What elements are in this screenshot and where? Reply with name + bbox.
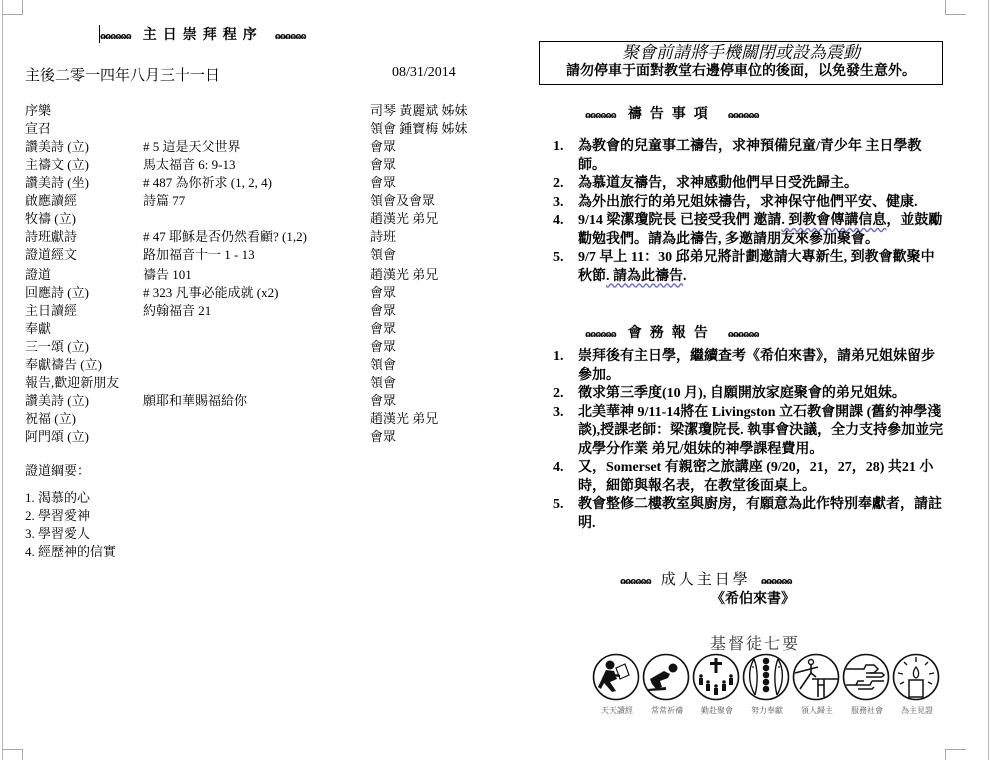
item-text: 又，Somerset 有親密之旅講座 (9/20，21，27，28) 共21 小… <box>578 460 933 494</box>
spellcheck-flagged-text: . 請為此禱告 <box>606 269 683 284</box>
affairs-list: 1.崇拜後有主日學，繼續查考《希伯來書》，請弟兄姐妹留步參加。 2.徵求第三季度… <box>553 348 948 533</box>
evangelism-icon <box>792 653 840 701</box>
affairs-item: 2.徵求第三季度(10 月), 自願開放家庭聚會的弟兄姐妹。 <box>553 385 948 404</box>
item-text: 徵求第三季度(10 月), 自願開放家庭聚會的弟兄姐妹。 <box>578 386 906 401</box>
item-number: 5. <box>553 249 564 268</box>
ornament-right: ɷɷɷɷɷɷ <box>728 330 759 340</box>
program-row: 阿門頌 (立)會眾 <box>25 426 495 444</box>
prayer-title: 禱告事項 <box>628 106 716 122</box>
bible-reading-icon <box>592 653 640 701</box>
program-row: 讚美詩 (立)願耶和華賜福給你會眾 <box>25 390 495 408</box>
phone-notice: 聚會前請將手機關閉或設為震動 <box>540 43 942 63</box>
item-number: 2. <box>553 385 564 404</box>
prayer-item: 1.為教會的兒童事工禱告，求神預備兒童/青少年 主日學教師。 <box>553 138 948 175</box>
program-row: 報告,歡迎新朋友領會 <box>25 372 495 390</box>
ornament-right: ɷɷɷɷɷɷ <box>761 577 792 587</box>
program-item: 祝福 (立) <box>25 408 76 427</box>
program-item: 證道經文 <box>25 244 77 263</box>
item-text: 崇拜後有主日學，繼續查考《希伯來書》，請弟兄姐妹留步參加。 <box>578 349 935 383</box>
program-item: 讚美詩 (立) <box>25 136 89 155</box>
program-leader: 領會 <box>370 354 396 373</box>
program-row: 讚美詩 (坐)# 487 為你祈求 (1, 2, 4)會眾 <box>25 172 495 190</box>
date-numeric: 08/31/2014 <box>392 65 456 81</box>
program-leader: 司琴 黃麗斌 姊妹 <box>370 100 468 119</box>
page-edge-left <box>2 0 3 760</box>
program-item: 回應詩 (立) <box>25 282 89 301</box>
item-text: 教會整修二樓教室與廚房，有願意為此作特別奉獻者，請註明. <box>578 497 942 531</box>
program-leader: 領會 鍾寶梅 姊妹 <box>370 118 468 137</box>
item-number: 4. <box>553 459 564 478</box>
item-number: 1. <box>553 348 564 367</box>
program-row: 序樂司琴 黃麗斌 姊妹 <box>25 100 495 118</box>
prayer-heading: ɷɷɷɷɷɷ禱告事項ɷɷɷɷɷɷ <box>585 103 759 123</box>
program-item: 牧禱 (立) <box>25 208 76 227</box>
worship-program-heading: ɷɷɷɷɷɷ主日崇拜程序ɷɷɷɷɷɷ <box>100 24 306 44</box>
program-leader: 趙漢光 弟兄 <box>370 208 438 227</box>
program-leader: 領會 <box>370 244 396 263</box>
affairs-heading: ɷɷɷɷɷɷ會務報告ɷɷɷɷɷɷ <box>585 322 759 342</box>
ornament-left: ɷɷɷɷɷɷ <box>100 32 131 42</box>
candle-witness-icon <box>892 653 940 701</box>
program-content: 願耶和華賜福給你 <box>143 390 247 409</box>
item-text: 為外出旅行的弟兄姐妹禱告，求神保守他們平安、健康. <box>578 195 918 210</box>
program-row: 證道禱告 101趙漢光 弟兄 <box>25 264 495 282</box>
ornament-right: ɷɷɷɷɷɷ <box>275 32 306 42</box>
program-leader: 趙漢光 弟兄 <box>370 408 438 427</box>
program-item: 讚美詩 (立) <box>25 390 89 409</box>
program-content: 禱告 101 <box>143 264 192 283</box>
program-leader: 會眾 <box>370 390 396 409</box>
program-row: 主日讀經約翰福音 21會眾 <box>25 300 495 318</box>
essential-label: 服務社會 <box>842 705 892 716</box>
item-number: 5. <box>553 496 564 515</box>
crop-mark-bottom-left <box>2 749 23 760</box>
page-edge-right <box>988 0 989 760</box>
affairs-title: 會務報告 <box>628 325 716 341</box>
program-content: 約翰福音 21 <box>143 300 211 319</box>
item-number: 3. <box>553 404 564 423</box>
program-leader: 會眾 <box>370 172 396 191</box>
sermon-outline-point: 1. 渴慕的心 <box>25 487 90 506</box>
program-item: 讚美詩 (坐) <box>25 172 89 191</box>
item-text: . <box>683 269 687 284</box>
serving-hands-icon <box>842 653 890 701</box>
essential-label: 為主見證 <box>892 705 942 716</box>
prayer-item: 3.為外出旅行的弟兄姐妹禱告，求神保守他們平安、健康. <box>553 194 948 213</box>
program-item: 宣召 <box>25 118 51 137</box>
adult-sunday-school-heading: ɷɷɷɷɷɷ成人主日學ɷɷɷɷɷɷ <box>620 568 792 589</box>
program-row: 牧禱 (立)趙漢光 弟兄 <box>25 208 495 226</box>
program-content: 詩篇 77 <box>143 190 185 209</box>
program-item: 報告,歡迎新朋友 <box>25 372 119 391</box>
program-content: 路加福音十一 1 - 13 <box>143 244 255 263</box>
seven-essentials-title: 基督徒七要 <box>710 631 800 654</box>
parking-notice: 請勿停車于面對教堂右邊停車位的後面，以免發生意外。 <box>540 63 942 81</box>
program-item: 奉獻 <box>25 318 51 337</box>
fish-loaves-offering-icon <box>742 653 790 701</box>
sermon-outline-point: 2. 學習愛神 <box>25 505 90 524</box>
worship-program-title: 主日崇拜程序 <box>143 27 263 43</box>
program-row: 詩班獻詩# 47 耶穌是否仍然看顧? (1,2)詩班 <box>25 226 495 244</box>
program-content: # 323 凡事必能成就 (x2) <box>143 282 278 301</box>
ornament-left: ɷɷɷɷɷɷ <box>585 111 616 121</box>
affairs-item: 5.教會整修二樓教室與廚房，有願意為此作特別奉獻者，請註明. <box>553 496 948 533</box>
program-row: 三一頌 (立)會眾 <box>25 336 495 354</box>
item-text: 9/14 梁潔瓊院長 已接受我們 邀請 <box>578 213 781 228</box>
sermon-outline-point: 4. 經歷神的信實 <box>25 541 116 560</box>
date-chinese: 主後二零一四年八月三十一日 <box>25 64 220 85</box>
program-leader: 會眾 <box>370 318 396 337</box>
program-row: 奉獻禱告 (立)領會 <box>25 354 495 372</box>
item-number: 3. <box>553 194 564 213</box>
kneeling-prayer-icon <box>642 653 690 701</box>
program-row: 奉獻會眾 <box>25 318 495 336</box>
program-content: # 47 耶穌是否仍然看顧? (1,2) <box>143 226 307 245</box>
program-leader: 詩班 <box>370 226 396 245</box>
affairs-item: 3.北美華神 9/11-14將在 Livingston 立石教會開課 (舊約神學… <box>553 404 948 460</box>
program-leader: 會眾 <box>370 136 396 155</box>
program-item: 詩班獻詩 <box>25 226 77 245</box>
program-content: 馬太福音 6: 9-13 <box>143 154 235 173</box>
item-number: 1. <box>553 138 564 157</box>
program-row: 證道經文路加福音十一 1 - 13領會 <box>25 244 495 262</box>
program-leader: 會眾 <box>370 426 396 445</box>
essential-label: 努力奉獻 <box>742 705 792 716</box>
church-gathering-icon <box>692 653 740 701</box>
ornament-left: ɷɷɷɷɷɷ <box>620 577 651 587</box>
program-item: 主禱文 (立) <box>25 154 89 173</box>
program-row: 主禱文 (立)馬太福音 6: 9-13會眾 <box>25 154 495 172</box>
essential-label: 領人歸主 <box>792 705 842 716</box>
program-row: 讚美詩 (立)# 5 這是天父世界會眾 <box>25 136 495 154</box>
item-text: 為教會的兒童事工禱告，求神預備兒童/青少年 主日學教師。 <box>578 139 921 173</box>
adult-school-title: 成人主日學 <box>661 570 751 588</box>
program-row: 啟應讀經詩篇 77領會及會眾 <box>25 190 495 208</box>
sermon-outline-point: 3. 學習愛人 <box>25 523 90 542</box>
program-item: 啟應讀經 <box>25 190 77 209</box>
program-item: 序樂 <box>25 100 51 119</box>
program-content: # 5 這是天父世界 <box>143 136 241 155</box>
seven-essentials-icons <box>592 653 942 705</box>
crop-mark-top-right <box>945 0 966 15</box>
crop-mark-top-left <box>2 0 23 15</box>
ornament-left: ɷɷɷɷɷɷ <box>585 330 616 340</box>
item-text: 北美華神 9/11-14將在 Livingston 立石教會開課 (舊約神學淺談… <box>578 405 943 457</box>
program-item: 證道 <box>25 264 51 283</box>
program-content: # 487 為你祈求 (1, 2, 4) <box>143 172 272 191</box>
program-item: 三一頌 (立) <box>25 336 89 355</box>
essential-label: 常常祈禱 <box>642 705 692 716</box>
ornament-right: ɷɷɷɷɷɷ <box>728 111 759 121</box>
affairs-item: 1.崇拜後有主日學，繼續查考《希伯來書》，請弟兄姐妹留步參加。 <box>553 348 948 385</box>
sermon-outline-title: 證道綱要： <box>25 460 90 479</box>
program-item: 主日讀經 <box>25 300 77 319</box>
essential-label: 勤赴聚會 <box>692 705 742 716</box>
essential-label: 天天讀經 <box>592 705 642 716</box>
spellcheck-flagged-text: . 到教會傳講信息 <box>781 213 886 228</box>
program-row: 祝福 (立)趙漢光 弟兄 <box>25 408 495 426</box>
program-leader: 領會 <box>370 372 396 391</box>
prayer-list: 1.為教會的兒童事工禱告，求神預備兒童/青少年 主日學教師。 2.為慕道友禱告，… <box>553 138 948 286</box>
adult-school-book: 《希伯來書》 <box>711 588 795 608</box>
phone-parking-notice-box: 聚會前請將手機關閉或設為震動 請勿停車于面對教堂右邊停車位的後面，以免發生意外。 <box>539 41 943 85</box>
item-number: 4. <box>553 212 564 231</box>
prayer-item: 5.9/7 早上 11：30 邱弟兄將計劃邀請大專新生, 到教會歡聚中秋節. 請… <box>553 249 948 286</box>
crop-mark-bottom-right <box>945 749 966 760</box>
affairs-item: 4.又，Somerset 有親密之旅講座 (9/20，21，27，28) 共21… <box>553 459 948 496</box>
program-row: 宣召領會 鍾寶梅 姊妹 <box>25 118 495 136</box>
program-row: 回應詩 (立)# 323 凡事必能成就 (x2)會眾 <box>25 282 495 300</box>
item-text: 為慕道友禱告，求神感動他們早日受洗歸主。 <box>578 176 858 191</box>
program-leader: 會眾 <box>370 154 396 173</box>
prayer-item: 4.9/14 梁潔瓊院長 已接受我們 邀請. 到教會傳講信息，並鼓勵勸勉我們。請… <box>553 212 948 249</box>
prayer-item: 2.為慕道友禱告，求神感動他們早日受洗歸主。 <box>553 175 948 194</box>
program-leader: 會眾 <box>370 282 396 301</box>
item-number: 2. <box>553 175 564 194</box>
program-leader: 會眾 <box>370 300 396 319</box>
program-item: 阿門頌 (立) <box>25 426 89 445</box>
program-leader: 會眾 <box>370 336 396 355</box>
program-item: 奉獻禱告 (立) <box>25 354 102 373</box>
program-leader: 領會及會眾 <box>370 190 435 209</box>
program-leader: 趙漢光 弟兄 <box>370 264 438 283</box>
